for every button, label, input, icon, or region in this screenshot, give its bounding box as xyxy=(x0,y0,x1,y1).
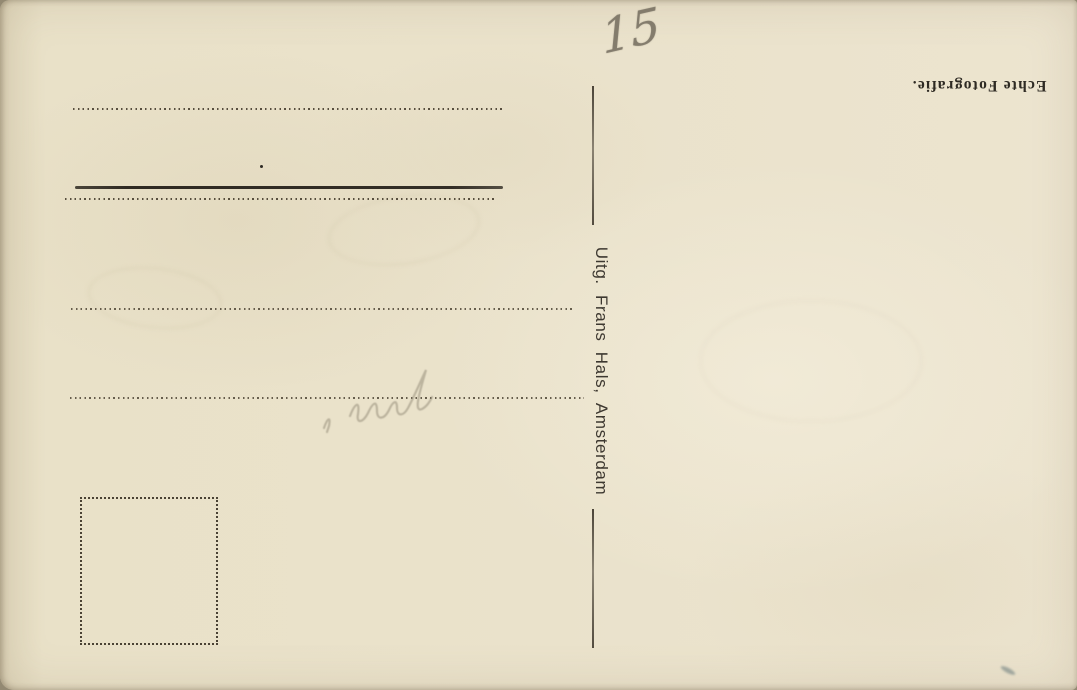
pencil-handwriting-scribble xyxy=(300,366,500,450)
postcard-back: Uitg. Frans Hals, Amsterdam Echte Fotogr… xyxy=(0,0,1077,690)
paper-smudge xyxy=(85,261,225,335)
paper-smudge xyxy=(700,300,922,422)
address-line-3 xyxy=(71,308,573,310)
address-line-1 xyxy=(73,108,503,110)
divider-line-top xyxy=(592,86,594,225)
address-rule-solid xyxy=(75,186,503,189)
address-line-2 xyxy=(65,198,496,200)
photo-credit-imprint: Echte Fotografie. xyxy=(903,74,1055,96)
stamp-box xyxy=(80,497,218,645)
paper-flaw-mark xyxy=(1000,665,1016,677)
ink-speck xyxy=(260,165,263,168)
handwritten-number: 15 xyxy=(600,1,662,62)
publisher-imprint: Uitg. Frans Hals, Amsterdam xyxy=(588,234,614,508)
divider-line-bottom xyxy=(592,509,594,648)
